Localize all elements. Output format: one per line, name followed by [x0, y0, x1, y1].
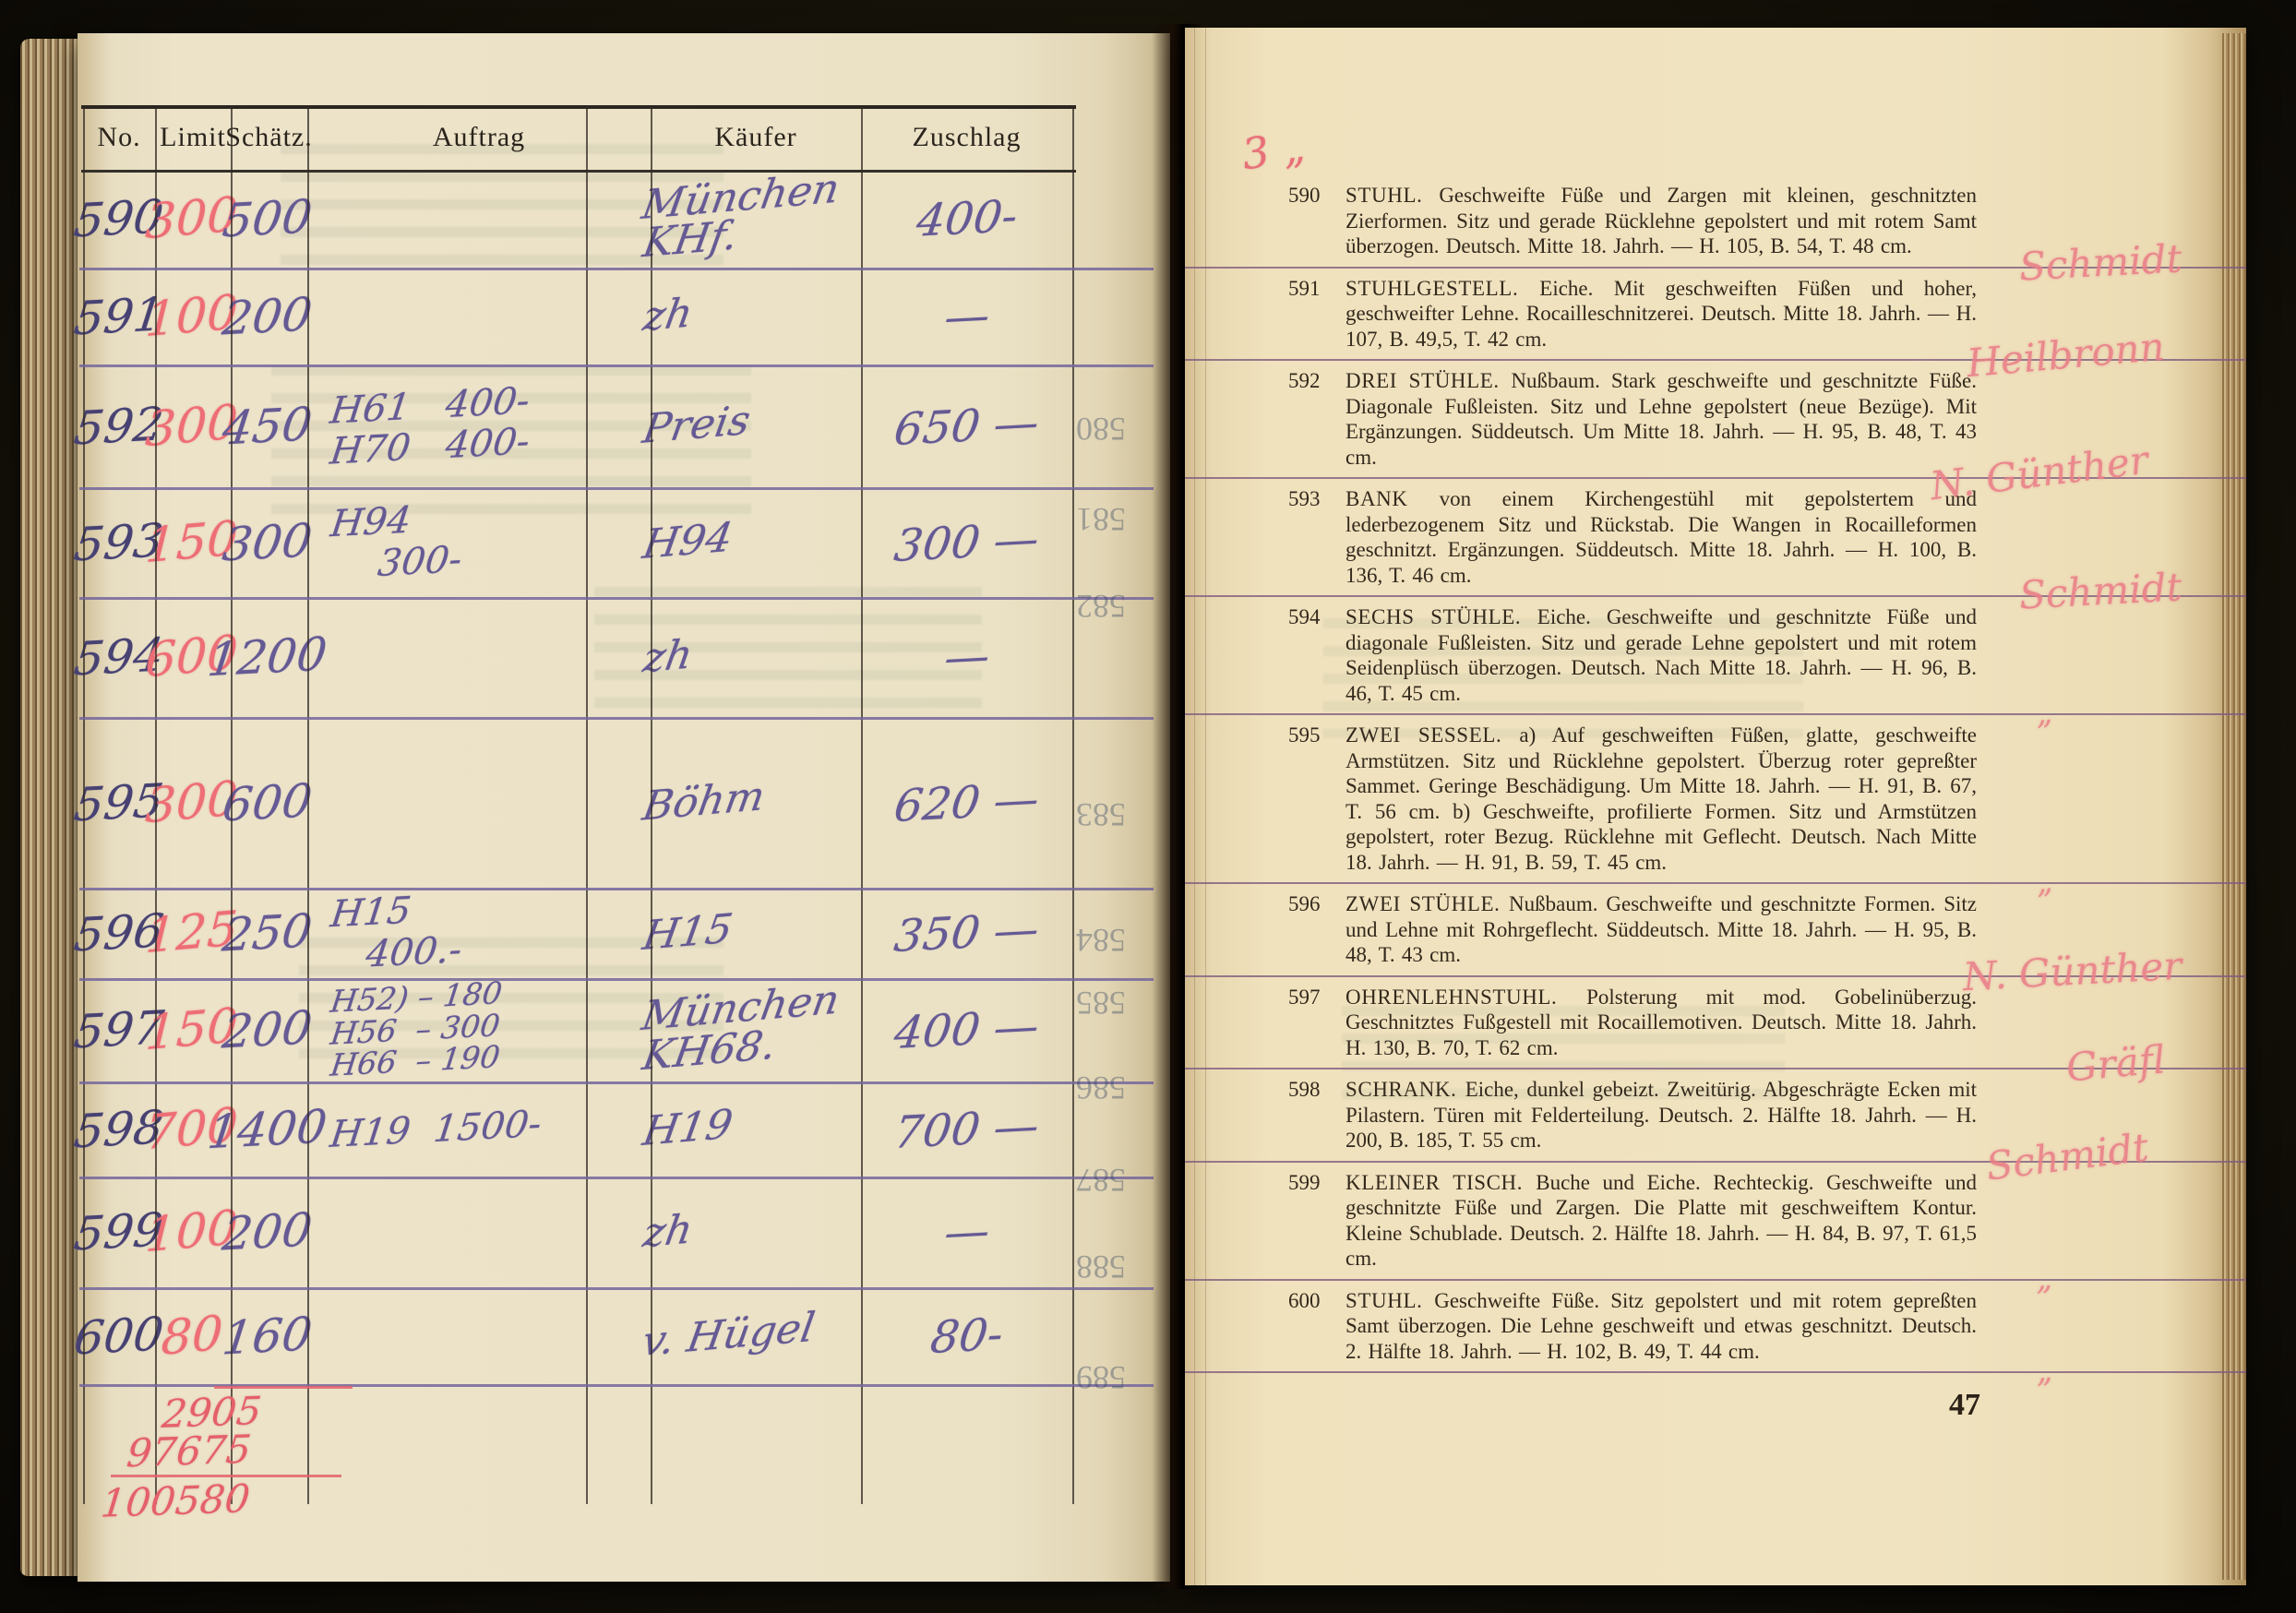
margin-annotation: „: [2035, 1352, 2054, 1390]
table-row-rule: [79, 268, 1154, 270]
cell-no: 590: [83, 170, 155, 268]
column-header: Zuschlag: [861, 105, 1072, 170]
entry-number: 597: [1288, 985, 1345, 1061]
cell-limit: 150: [151, 487, 233, 597]
cell-schaetz: 160: [225, 1287, 310, 1384]
entry-number: 592: [1288, 368, 1345, 470]
cell-no: 596: [83, 888, 155, 978]
cell-auftrag: [307, 268, 610, 364]
handwriting-auftrag: H19 1500-: [328, 1104, 544, 1155]
entry-title: BANK: [1345, 487, 1440, 510]
table-row-rule: [79, 597, 1154, 600]
cell-schaetz: 250: [225, 888, 310, 978]
catalog-entry: 597OHRENLEHNSTUHL. Polsterung mit mod. G…: [1185, 977, 2246, 1069]
entry-number: 595: [1288, 723, 1345, 875]
cell-kaeufer: zh: [637, 1177, 871, 1287]
cell-limit: 300: [151, 170, 233, 268]
entry-text: STUHL. Geschweifte Füße und Zargen mit k…: [1345, 183, 1977, 259]
entry-text: SCHRANK. Eiche, dunkel gebeizt. Zweitüri…: [1345, 1077, 1977, 1153]
entry-title: KLEINER TISCH.: [1345, 1171, 1536, 1194]
ledger-table: No.LimitSchätz.AuftragKäuferZuschlag 590…: [83, 105, 1072, 1504]
cell-kaeufer: MünchenKH68.: [637, 978, 871, 1081]
entry-title: SCHRANK.: [1345, 1078, 1465, 1101]
entry-text: SECHS STÜHLE. Eiche. Geschweifte und ges…: [1345, 604, 1977, 706]
table-column-line: [1072, 105, 1074, 1504]
handwriting-zuschlag: 620 —: [891, 772, 1042, 831]
table-column-line: [586, 105, 588, 1504]
cell-auftrag: H61 400-H70 400-: [307, 364, 610, 487]
cell-auftrag: H94 300-: [307, 487, 610, 597]
entry-text: KLEINER TISCH. Buche und Eiche. Rechteck…: [1345, 1170, 1977, 1272]
table-column-line: [307, 105, 309, 1504]
cell-schaetz: 200: [225, 978, 310, 1081]
handwriting-kaeufer: H19: [640, 1104, 735, 1153]
cell-zuschlag: 400-: [861, 170, 1072, 268]
handwriting-zuschlag: 400 —: [891, 1000, 1042, 1059]
table-column-line: [83, 105, 85, 1504]
entry-number: 594: [1288, 604, 1345, 706]
cell-schaetz: 450: [225, 364, 310, 487]
handwriting-zuschlag: —: [941, 289, 992, 342]
handwriting-auftrag: H66 – 190: [329, 1042, 501, 1082]
bleedthrough-number: 585: [1076, 984, 1126, 1022]
table-row-rule: [79, 1287, 1154, 1290]
entry-number: 590: [1288, 183, 1345, 259]
column-header: Schätz.: [231, 105, 307, 170]
handwriting-auftrag: H94: [329, 499, 413, 544]
table-row-rule: [79, 888, 1154, 890]
handwriting-zuschlag: 300 —: [891, 512, 1042, 571]
catalog-entries: 590STUHL. Geschweifte Füße und Zargen mi…: [1185, 175, 2246, 1423]
entry-title: STUHL.: [1345, 184, 1439, 207]
handwriting-kaeufer: v. Hügel: [640, 1308, 818, 1365]
handwriting-schaetz: 250: [220, 904, 315, 962]
column-header: No.: [83, 105, 155, 170]
cell-limit: 100: [151, 1177, 233, 1287]
entry-number: 596: [1288, 891, 1345, 968]
entry-separator-rule: [1185, 1371, 2246, 1373]
handwriting-kaeufer: Böhm: [640, 776, 768, 829]
column-header: Limit: [155, 105, 231, 170]
cell-zuschlag: 350 —: [861, 888, 1072, 978]
handwriting-zuschlag: 80-: [927, 1308, 1006, 1364]
entry-title: STUHL.: [1345, 1289, 1434, 1312]
entry-text: DREI STÜHLE. Nußbaum. Stark geschweifte …: [1345, 368, 1977, 470]
table-column-line: [231, 105, 233, 1504]
handwriting-kaeufer: zh: [640, 293, 696, 340]
bleedthrough-number: 586: [1076, 1069, 1126, 1107]
table-row-rule: [79, 364, 1154, 367]
catalog-entry: 600STUHL. Geschweifte Füße. Sitz gepolst…: [1185, 1281, 2246, 1372]
cell-zuschlag: 650 —: [861, 364, 1072, 487]
auction-ledger-book-photo: No.LimitSchätz.AuftragKäuferZuschlag 590…: [0, 0, 2296, 1613]
cell-schaetz: 1400: [225, 1081, 310, 1177]
entry-title: ZWEI STÜHLE.: [1345, 892, 1509, 915]
cell-schaetz: 200: [225, 1177, 310, 1287]
handwriting-kaeufer: KHf.: [640, 215, 740, 266]
cell-auftrag: [307, 170, 610, 268]
handwriting-auftrag: H15: [329, 890, 413, 935]
cell-no: 597: [83, 978, 155, 1081]
handwriting-kaeufer: zh: [640, 1209, 696, 1256]
cell-no: 594: [83, 597, 155, 717]
table-row-rule: [79, 1081, 1154, 1084]
cell-auftrag: H52) – 180H56 – 300H66 – 190: [307, 978, 610, 1081]
entry-text: STUHLGESTELL. Eiche. Mit geschweiften Fü…: [1345, 276, 1977, 352]
cell-zuschlag: 620 —: [861, 717, 1072, 888]
handwriting-auftrag: 400.-: [329, 929, 464, 976]
catalog-entry: 593BANK von einem Kirchengestühl mit gep…: [1185, 479, 2246, 595]
entry-text: OHRENLEHNSTUHL. Polsterung mit mod. Gobe…: [1345, 985, 1977, 1061]
cell-schaetz: 600: [225, 717, 310, 888]
handwriting-zuschlag: 350 —: [891, 903, 1042, 962]
cell-no: 593: [83, 487, 155, 597]
cell-no: 595: [83, 717, 155, 888]
handwriting-kaeufer: Preis: [640, 400, 753, 452]
red-lot-count-mark: 3 „: [1239, 122, 1309, 180]
catalog-entry: 599KLEINER TISCH. Buche und Eiche. Recht…: [1185, 1163, 2246, 1279]
cell-schaetz: 500: [225, 170, 310, 268]
catalog-entry: 596ZWEI STÜHLE. Nußbaum. Geschweifte und…: [1185, 884, 2246, 975]
handwriting-schaetz: 300: [220, 513, 315, 571]
cell-kaeufer: v. Hügel: [637, 1287, 871, 1384]
bleedthrough-number: 581: [1076, 500, 1126, 539]
cell-schaetz: 1200: [225, 597, 310, 717]
handwriting-zuschlag: 700 —: [891, 1099, 1042, 1158]
cell-kaeufer: zh: [637, 597, 871, 717]
handwriting-zuschlag: 400-: [914, 190, 1021, 247]
handwriting-limit: 80: [160, 1306, 224, 1367]
cell-kaeufer: H15: [637, 888, 871, 978]
cell-no: 591: [83, 268, 155, 364]
entry-title: ZWEI SESSEL.: [1345, 723, 1519, 747]
entry-text: ZWEI SESSEL. a) Auf geschweiften Füßen, …: [1345, 723, 1977, 875]
catalog-entry: 590STUHL. Geschweifte Füße und Zargen mi…: [1185, 175, 2246, 267]
cell-zuschlag: —: [861, 1177, 1072, 1287]
cell-schaetz: 200: [225, 268, 310, 364]
bleedthrough-number: 589: [1076, 1358, 1126, 1397]
handwriting-zuschlag: —: [941, 630, 992, 684]
cell-no: 592: [83, 364, 155, 487]
cell-auftrag: [307, 1287, 610, 1384]
catalog-entry: 592DREI STÜHLE. Nußbaum. Stark geschweif…: [1185, 361, 2246, 477]
catalog-entry: 591STUHLGESTELL. Eiche. Mit geschweiften…: [1185, 269, 2246, 360]
cell-no: 600: [83, 1287, 155, 1384]
entry-number: 593: [1288, 486, 1345, 588]
cell-kaeufer: Preis: [637, 364, 871, 487]
bleedthrough-number: 587: [1076, 1161, 1126, 1200]
cell-limit: 150: [151, 978, 233, 1081]
bleedthrough-number: 583: [1076, 795, 1126, 834]
handwriting-schaetz: 500: [220, 190, 315, 248]
total-line: 97675: [125, 1427, 253, 1476]
cell-kaeufer: MünchenKHf.: [637, 170, 871, 268]
cell-kaeufer: zh: [637, 268, 871, 364]
cell-zuschlag: —: [861, 597, 1072, 717]
cell-limit: 300: [151, 717, 233, 888]
catalog-entry: 598SCHRANK. Eiche, dunkel gebeizt. Zweit…: [1185, 1069, 2246, 1161]
table-row-rule: [79, 1177, 1154, 1179]
column-header: Käufer: [651, 105, 861, 170]
handwriting-kaeufer: KH68.: [640, 1024, 779, 1078]
cell-zuschlag: 300 —: [861, 487, 1072, 597]
entry-number: 591: [1288, 276, 1345, 352]
handwriting-schaetz: 200: [220, 1001, 315, 1059]
cell-auftrag: [307, 717, 610, 888]
handwriting-kaeufer: H15: [640, 908, 735, 958]
handwriting-schaetz: 600: [220, 773, 315, 831]
bleedthrough-number: 580: [1076, 410, 1126, 448]
catalog-entry: 594SECHS STÜHLE. Eiche. Geschweifte und …: [1185, 597, 2246, 713]
cell-kaeufer: H19: [637, 1081, 871, 1177]
cell-auftrag: H19 1500-: [307, 1081, 610, 1177]
handwriting-kaeufer: H94: [640, 517, 735, 567]
handwriting-zuschlag: 650 —: [891, 396, 1042, 455]
entry-number: 600: [1288, 1288, 1345, 1365]
handwriting-schaetz: 450: [220, 397, 315, 455]
entry-text: ZWEI STÜHLE. Nußbaum. Geschweifte und ge…: [1345, 891, 1977, 968]
handwriting-kaeufer: zh: [640, 634, 696, 681]
cell-limit: 125: [151, 888, 233, 978]
cell-auftrag: H15 400.-: [307, 888, 610, 978]
entry-number: 598: [1288, 1077, 1345, 1153]
bleedthrough-number: 588: [1076, 1248, 1126, 1286]
entry-title: DREI STÜHLE.: [1345, 369, 1511, 392]
ledger-left-page: No.LimitSchätz.AuftragKäuferZuschlag 590…: [78, 33, 1170, 1582]
cell-auftrag: [307, 1177, 610, 1287]
handwriting-auftrag: 300-: [329, 539, 464, 586]
cell-kaeufer: H94: [637, 487, 871, 597]
handwriting-schaetz: 200: [220, 287, 315, 345]
cell-zuschlag: —: [861, 268, 1072, 364]
handwriting-auftrag: H70 400-: [328, 421, 532, 472]
table-column-line: [155, 105, 157, 1504]
table-column-line: [861, 105, 863, 1504]
cell-schaetz: 300: [225, 487, 310, 597]
page-number: 47: [1185, 1388, 2246, 1423]
table-row-rule: [79, 487, 1154, 490]
handwriting-zuschlag: —: [941, 1205, 992, 1259]
cell-limit: 100: [151, 268, 233, 364]
cell-no: 599: [83, 1177, 155, 1287]
table-row-rule: [79, 717, 1154, 720]
table-column-line: [651, 105, 652, 1504]
catalog-entry: 595ZWEI SESSEL. a) Auf geschweiften Füße…: [1185, 715, 2246, 882]
cell-no: 598: [83, 1081, 155, 1177]
entry-title: STUHLGESTELL.: [1345, 277, 1539, 300]
entry-number: 599: [1288, 1170, 1345, 1272]
bleedthrough-number: 582: [1076, 587, 1126, 626]
cell-limit: 300: [151, 364, 233, 487]
catalog-right-page: 3 „ 590STUHL. Geschweifte Füße und Zarge…: [1185, 28, 2246, 1585]
cell-limit: 80: [151, 1287, 233, 1384]
handwriting-schaetz: 200: [220, 1203, 315, 1261]
table-row-rule: [79, 978, 1154, 981]
total-line: 100580: [99, 1476, 252, 1526]
column-header: Auftrag: [307, 105, 651, 170]
cell-zuschlag: 400 —: [861, 978, 1072, 1081]
entry-title: OHRENLEHNSTUHL.: [1345, 986, 1586, 1009]
cell-zuschlag: 700 —: [861, 1081, 1072, 1177]
entry-text: BANK von einem Kirchengestühl mit gepols…: [1345, 486, 1977, 588]
entry-title: SECHS STÜHLE.: [1345, 605, 1537, 628]
entry-text: STUHL. Geschweifte Füße. Sitz gepolstert…: [1345, 1288, 1977, 1365]
cell-zuschlag: 80-: [861, 1287, 1072, 1384]
cell-auftrag: [307, 597, 610, 717]
bleedthrough-number: 584: [1076, 921, 1126, 960]
handwriting-schaetz: 160: [220, 1307, 315, 1365]
cell-kaeufer: Böhm: [637, 717, 871, 888]
